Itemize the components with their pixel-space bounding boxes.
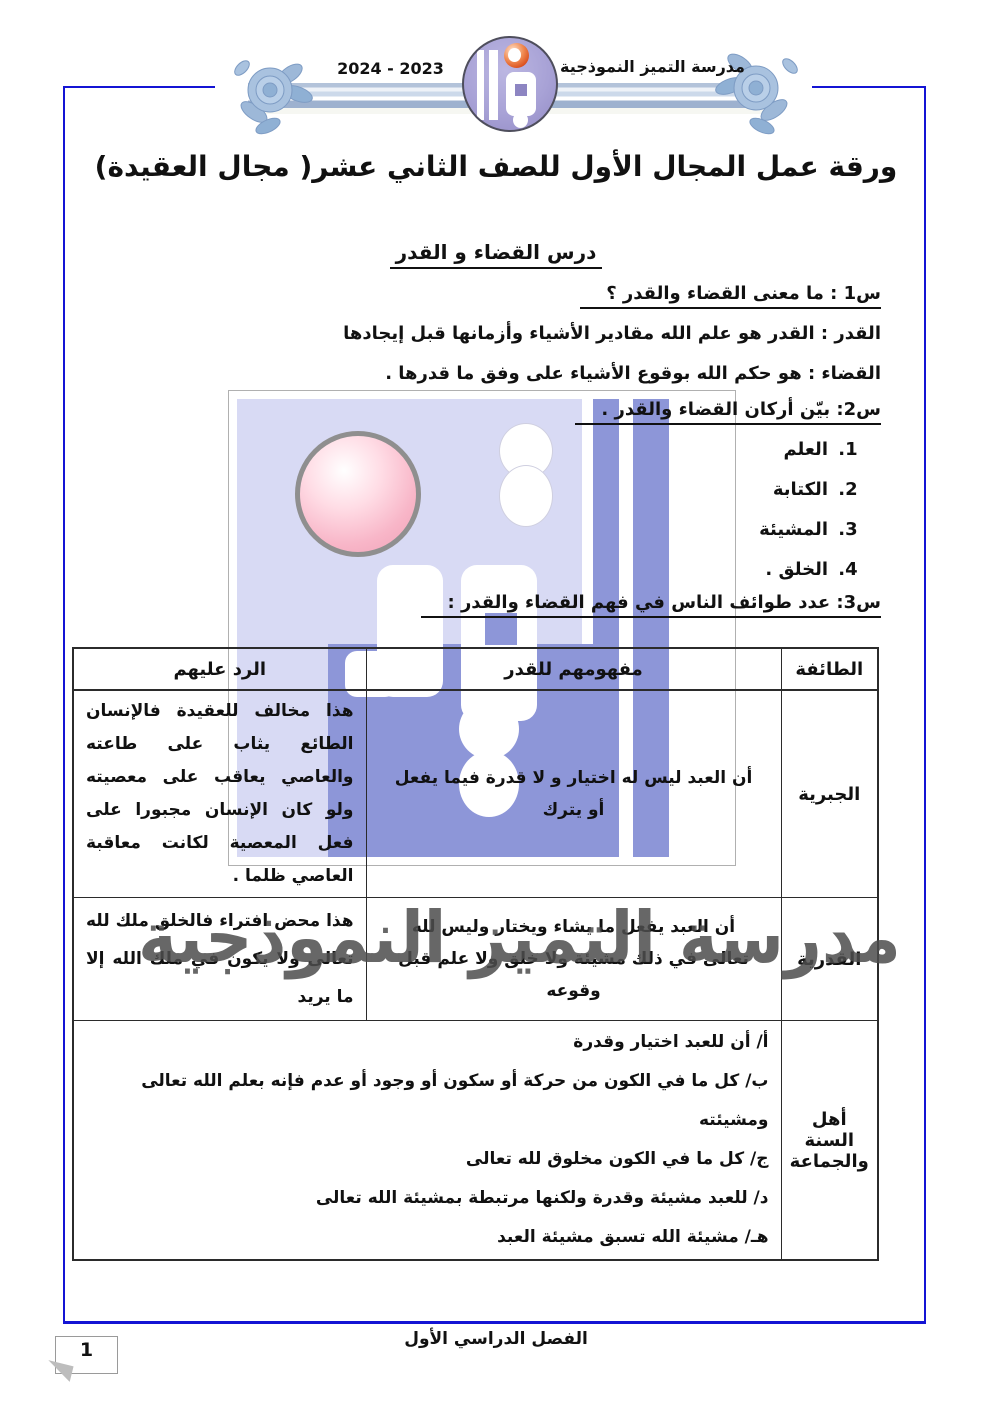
group-beliefs-list: أ/ أن للعبد اختيار وقدرة ب/ كل ما في الك… [73,1021,781,1261]
school-name: مدرسة التميز النموذجية [560,57,745,76]
group-concept: أن العبد ليس له اختيار و لا قدرة فيما يف… [366,690,781,898]
page-title: ورقة عمل المجال الأول للصف الثاني عشر( م… [0,150,992,183]
semester-label: الفصل الدراسي الأول [0,1329,992,1349]
column-header-concept: مفهومهم للقدر [366,648,781,690]
question-3: س3: عدد طوائف الناس في فهم القضاء والقدر… [421,592,881,613]
logo-white-stripe [489,50,498,120]
logo-white-dot [513,112,528,128]
belief-item: هـ/ مشيئة الله تسبق مشيئة العبد [80,1218,769,1257]
logo-pink-sphere [295,431,421,557]
rose-decoration-right [710,40,806,144]
table-row: أهل السنة والجماعة أ/ أن للعبد اختيار وق… [73,1021,878,1261]
column-header-group: الطائفة [781,648,878,690]
logo-kufic-counter [515,84,527,96]
page-frame-right [924,86,926,1323]
list-item: الخلق . [759,550,832,590]
page-frame-top-left [63,86,215,88]
group-name: الجبرية [781,690,878,898]
belief-item: أ/ أن للعبد اختيار وقدرة [80,1023,769,1062]
page-number-box: 1 [55,1336,118,1374]
page-frame-top-right [812,86,926,88]
logo-white-stripe [477,50,484,120]
page-frame-bottom [63,1321,926,1324]
list-item: الكتابة [759,470,832,510]
lesson-title-text: درس القضاء و القدر [390,240,603,269]
list-item: المشيئة [759,510,832,550]
lesson-title: درس القضاء و القدر [0,240,992,264]
table-header-row: الطائفة مفهومهم للقدر الرد عليهم [73,648,878,690]
folded-corner [44,1360,73,1382]
rose-decoration-left [228,46,320,142]
worksheet-page: مدرسة التميز النموذجية 2024 - 2023 ورقة … [0,0,992,1403]
page-frame-left [63,86,65,1323]
group-name: أهل السنة والجماعة [781,1021,878,1261]
group-response: هذا مخالف للعقيدة فالإنسان الطائع يثاب ع… [73,690,366,898]
academic-year: 2024 - 2023 [328,59,453,78]
page-number: 1 [56,1339,117,1361]
answer-qadar: القدر : القدر هو علم الله مقادير الأشياء… [343,323,881,344]
school-logo [462,36,558,132]
question-2: س2: بيّن أركان القضاء والقدر . [575,399,881,420]
table-row: الجبرية أن العبد ليس له اختيار و لا قدرة… [73,690,878,898]
logo-white-dot [508,48,521,62]
logo-white-circle [499,465,553,527]
answer-qadaa: القضاء : هو حكم الله بوقوع الأشياء على و… [385,363,881,384]
belief-item: د/ للعبد مشيئة وقدرة ولكنها مرتبطة بمشيئ… [80,1179,769,1218]
list-item: العلم [759,430,832,470]
belief-item: ج/ كل ما في الكون مخلوق لله تعالى [80,1140,769,1179]
column-header-response: الرد عليهم [73,648,366,690]
belief-item: ب/ كل ما في الكون من حركة أو سكون أو وجو… [80,1062,769,1140]
pillars-list: العلم الكتابة المشيئة الخلق . [759,430,860,590]
watermark-text: مدرسة التميز النموذجية [138,896,901,979]
question-1: س1 : ما معنى القضاء والقدر ؟ [580,283,881,304]
